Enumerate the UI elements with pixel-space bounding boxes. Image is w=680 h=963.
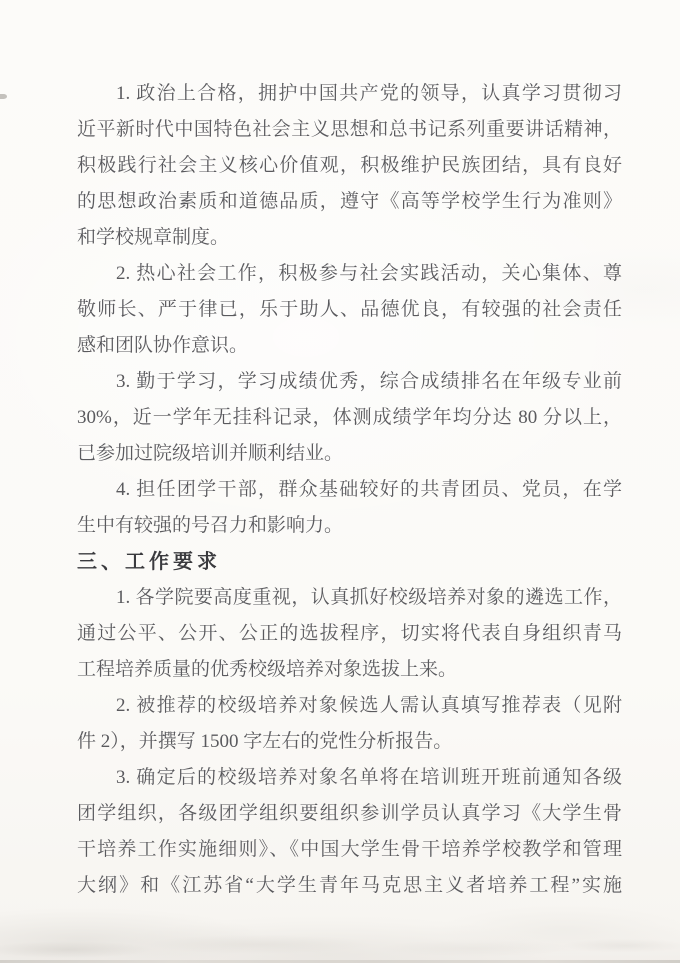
section-heading: 三、工作要求 xyxy=(77,544,622,580)
text-line: 工程培养质量的优秀校级培养对象选拔上来。 xyxy=(77,652,622,688)
scan-artifact-left-edge xyxy=(0,94,7,99)
text-line: 和学校规章制度。 xyxy=(77,220,622,256)
text-line: 感和团队协作意识。 xyxy=(77,328,622,364)
text-line: 的思想政治素质和道德品质，遵守《高等学校学生行为准则》 xyxy=(77,184,622,220)
text-line: 敬师长、严于律已，乐于助人、品德优良，有较强的社会责任 xyxy=(77,292,622,328)
document-body: 1. 政治上合格，拥护中国共产党的领导，认真学习贯彻习近平新时代中国特色社会主义… xyxy=(77,76,622,904)
text-line: 通过公平、公开、公正的选拔程序，切实将代表自身组织青马 xyxy=(77,616,622,652)
text-line: 1. 政治上合格，拥护中国共产党的领导，认真学习贯彻习 xyxy=(77,76,622,112)
text-line: 生中有较强的号召力和影响力。 xyxy=(77,508,622,544)
text-line: 2. 被推荐的校级培养对象候选人需认真填写推荐表（见附 xyxy=(77,688,622,724)
scan-bottom-shading xyxy=(0,934,680,960)
text-line: 2. 热心社会工作，积极参与社会实践活动，关心集体、尊 xyxy=(77,256,622,292)
text-line: 近平新时代中国特色社会主义思想和总书记系列重要讲话精神， xyxy=(77,112,622,148)
text-line: 积极践行社会主义核心价值观，积极维护民族团结，具有良好 xyxy=(77,148,622,184)
text-line: 干培养工作实施细则》、《中国大学生骨干培养学校教学和管理 xyxy=(77,832,622,868)
text-line: 团学组织，各级团学组织要组织参训学员认真学习《大学生骨 xyxy=(77,796,622,832)
text-line: 大纲》和《江苏省“大学生青年马克思主义者培养工程”实施 xyxy=(77,868,622,904)
text-line: 件 2），并撰写 1500 字左右的党性分析报告。 xyxy=(77,724,622,760)
text-line: 4. 担任团学干部，群众基础较好的共青团员、党员，在学 xyxy=(77,472,622,508)
text-line: 3. 确定后的校级培养对象名单将在培训班开班前通知各级 xyxy=(77,760,622,796)
text-line: 3. 勤于学习，学习成绩优秀，综合成绩排名在年级专业前 xyxy=(77,364,622,400)
text-line: 1. 各学院要高度重视，认真抓好校级培养对象的遴选工作， xyxy=(77,580,622,616)
scanned-document-page: 1. 政治上合格，拥护中国共产党的领导，认真学习贯彻习近平新时代中国特色社会主义… xyxy=(0,0,680,963)
text-line: 30%，近一学年无挂科记录，体测成绩学年均分达 80 分以上， xyxy=(77,400,622,436)
text-line: 已参加过院级培训并顺利结业。 xyxy=(77,436,622,472)
